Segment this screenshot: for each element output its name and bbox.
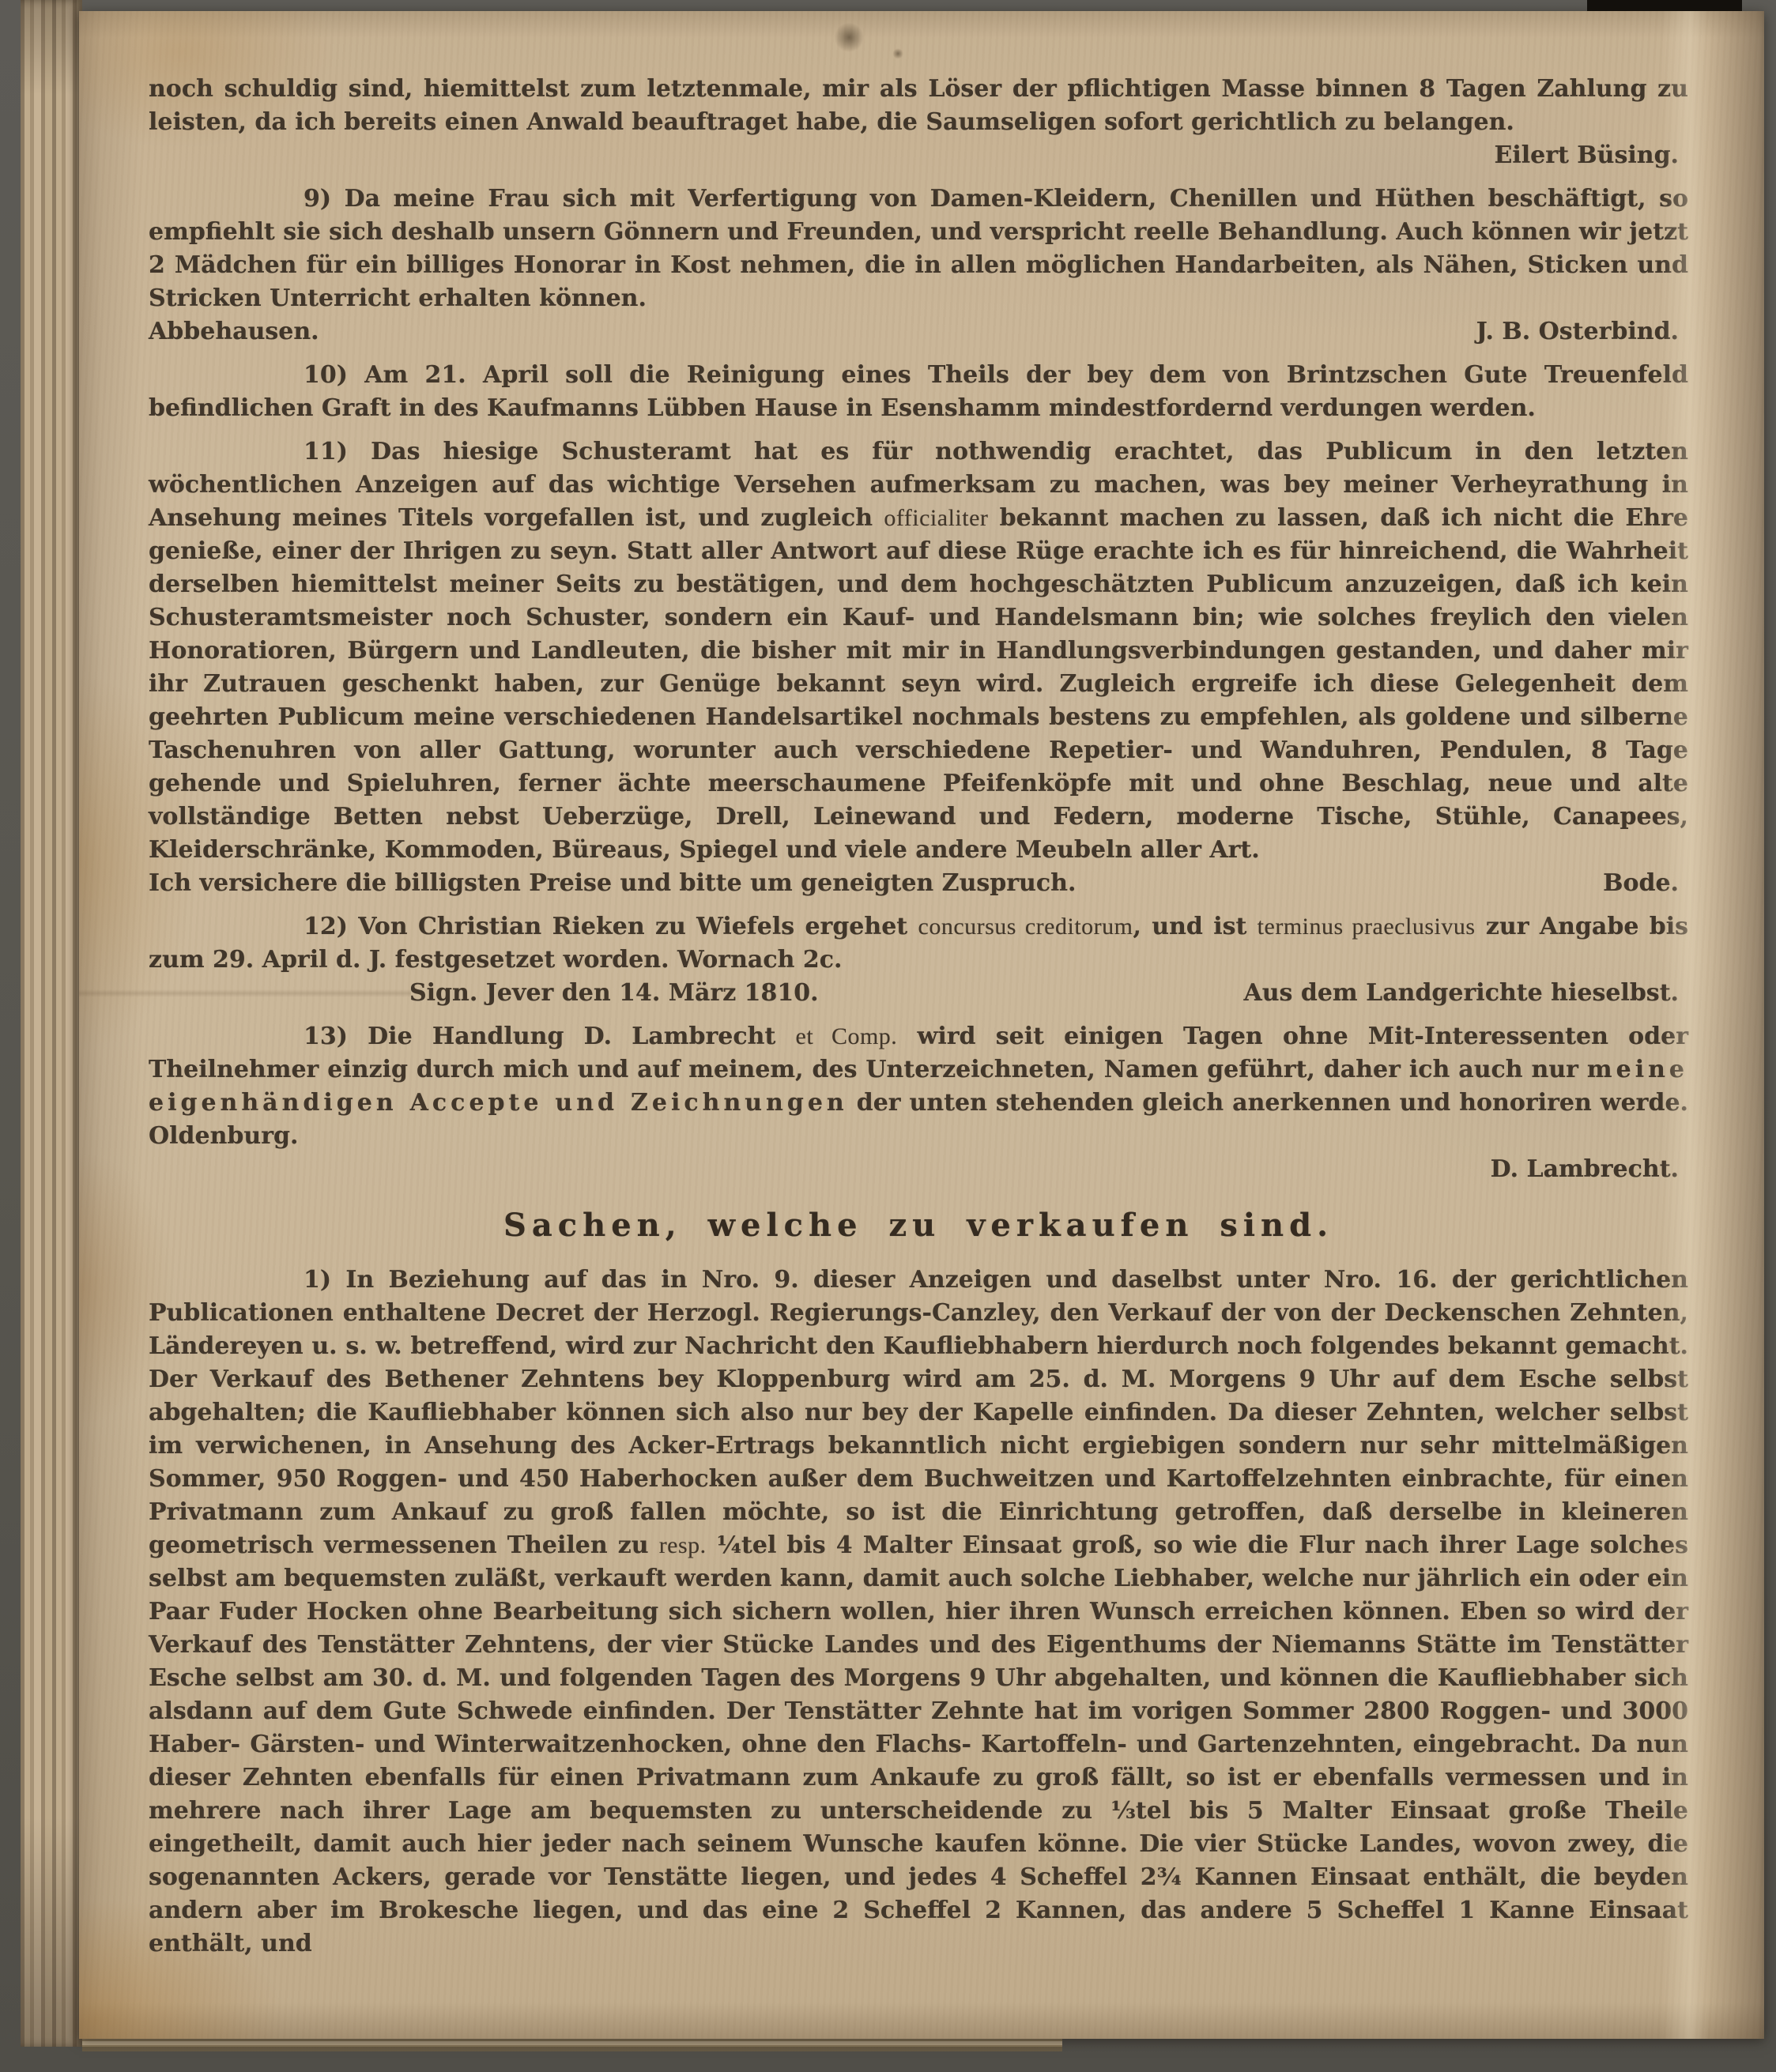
section-heading: Sachen, welche zu verkaufen sind.: [149, 1207, 1688, 1245]
notice-13: 13) Die Handlung D. Lambrecht et Comp. w…: [149, 1020, 1688, 1186]
notice-12-dateline: Sign. Jever den 14. März 1810.: [409, 977, 819, 1010]
notice-9-dateline: Abbehausen.: [149, 315, 319, 348]
notice-continuation-debt-signature: Eilert Büsing.: [1494, 139, 1688, 172]
notice-11: 11) Das hiesige Schusteramt hat es für n…: [149, 435, 1688, 900]
notice-10: 10) Am 21. April soll die Reinigung eine…: [149, 359, 1688, 425]
notice-12-text: 12) Von Christian Rieken zu Wiefels erge…: [149, 910, 1688, 977]
notice-11-text: 11) Das hiesige Schusteramt hat es für n…: [149, 435, 1688, 867]
notice-9-text: 9) Da meine Frau sich mit Verfertigung v…: [149, 183, 1688, 315]
notice-12-signature: Aus dem Landgerichte hieselbst.: [1243, 977, 1688, 1010]
notice-11-dateline: Ich versichere die billigsten Preise und…: [149, 867, 1076, 900]
text-column: noch schuldig sind, hiemittelst zum letz…: [149, 73, 1688, 1971]
notice-continuation-debt-text: noch schuldig sind, hiemittelst zum letz…: [149, 73, 1688, 139]
paper-fold-right-edge: [1661, 11, 1764, 2039]
sale-notice-1-text: 1) In Beziehung auf das in Nro. 9. diese…: [149, 1264, 1688, 1961]
notice-continuation-debt: noch schuldig sind, hiemittelst zum letz…: [149, 73, 1688, 172]
paper-sheet: noch schuldig sind, hiemittelst zum letz…: [79, 11, 1764, 2039]
sale-notice-1: 1) In Beziehung auf das in Nro. 9. diese…: [149, 1264, 1688, 1961]
book-page-edges-left: [21, 0, 82, 2047]
notice-9-signature: J. B. Osterbind.: [1476, 315, 1688, 348]
notice-13-signature: D. Lambrecht.: [1491, 1153, 1688, 1186]
notices-section: noch schuldig sind, hiemittelst zum letz…: [149, 73, 1688, 1186]
notice-9: 9) Da meine Frau sich mit Verfertigung v…: [149, 183, 1688, 348]
notice-10-text: 10) Am 21. April soll die Reinigung eine…: [149, 359, 1688, 425]
notice-12: 12) Von Christian Rieken zu Wiefels erge…: [149, 910, 1688, 1010]
sale-notices-section: 1) In Beziehung auf das in Nro. 9. diese…: [149, 1264, 1688, 1961]
notice-13-text: 13) Die Handlung D. Lambrecht et Comp. w…: [149, 1020, 1688, 1153]
scanned-book-photo: { "scan": { "backdrop_color": "#58564f",…: [0, 0, 1776, 2072]
